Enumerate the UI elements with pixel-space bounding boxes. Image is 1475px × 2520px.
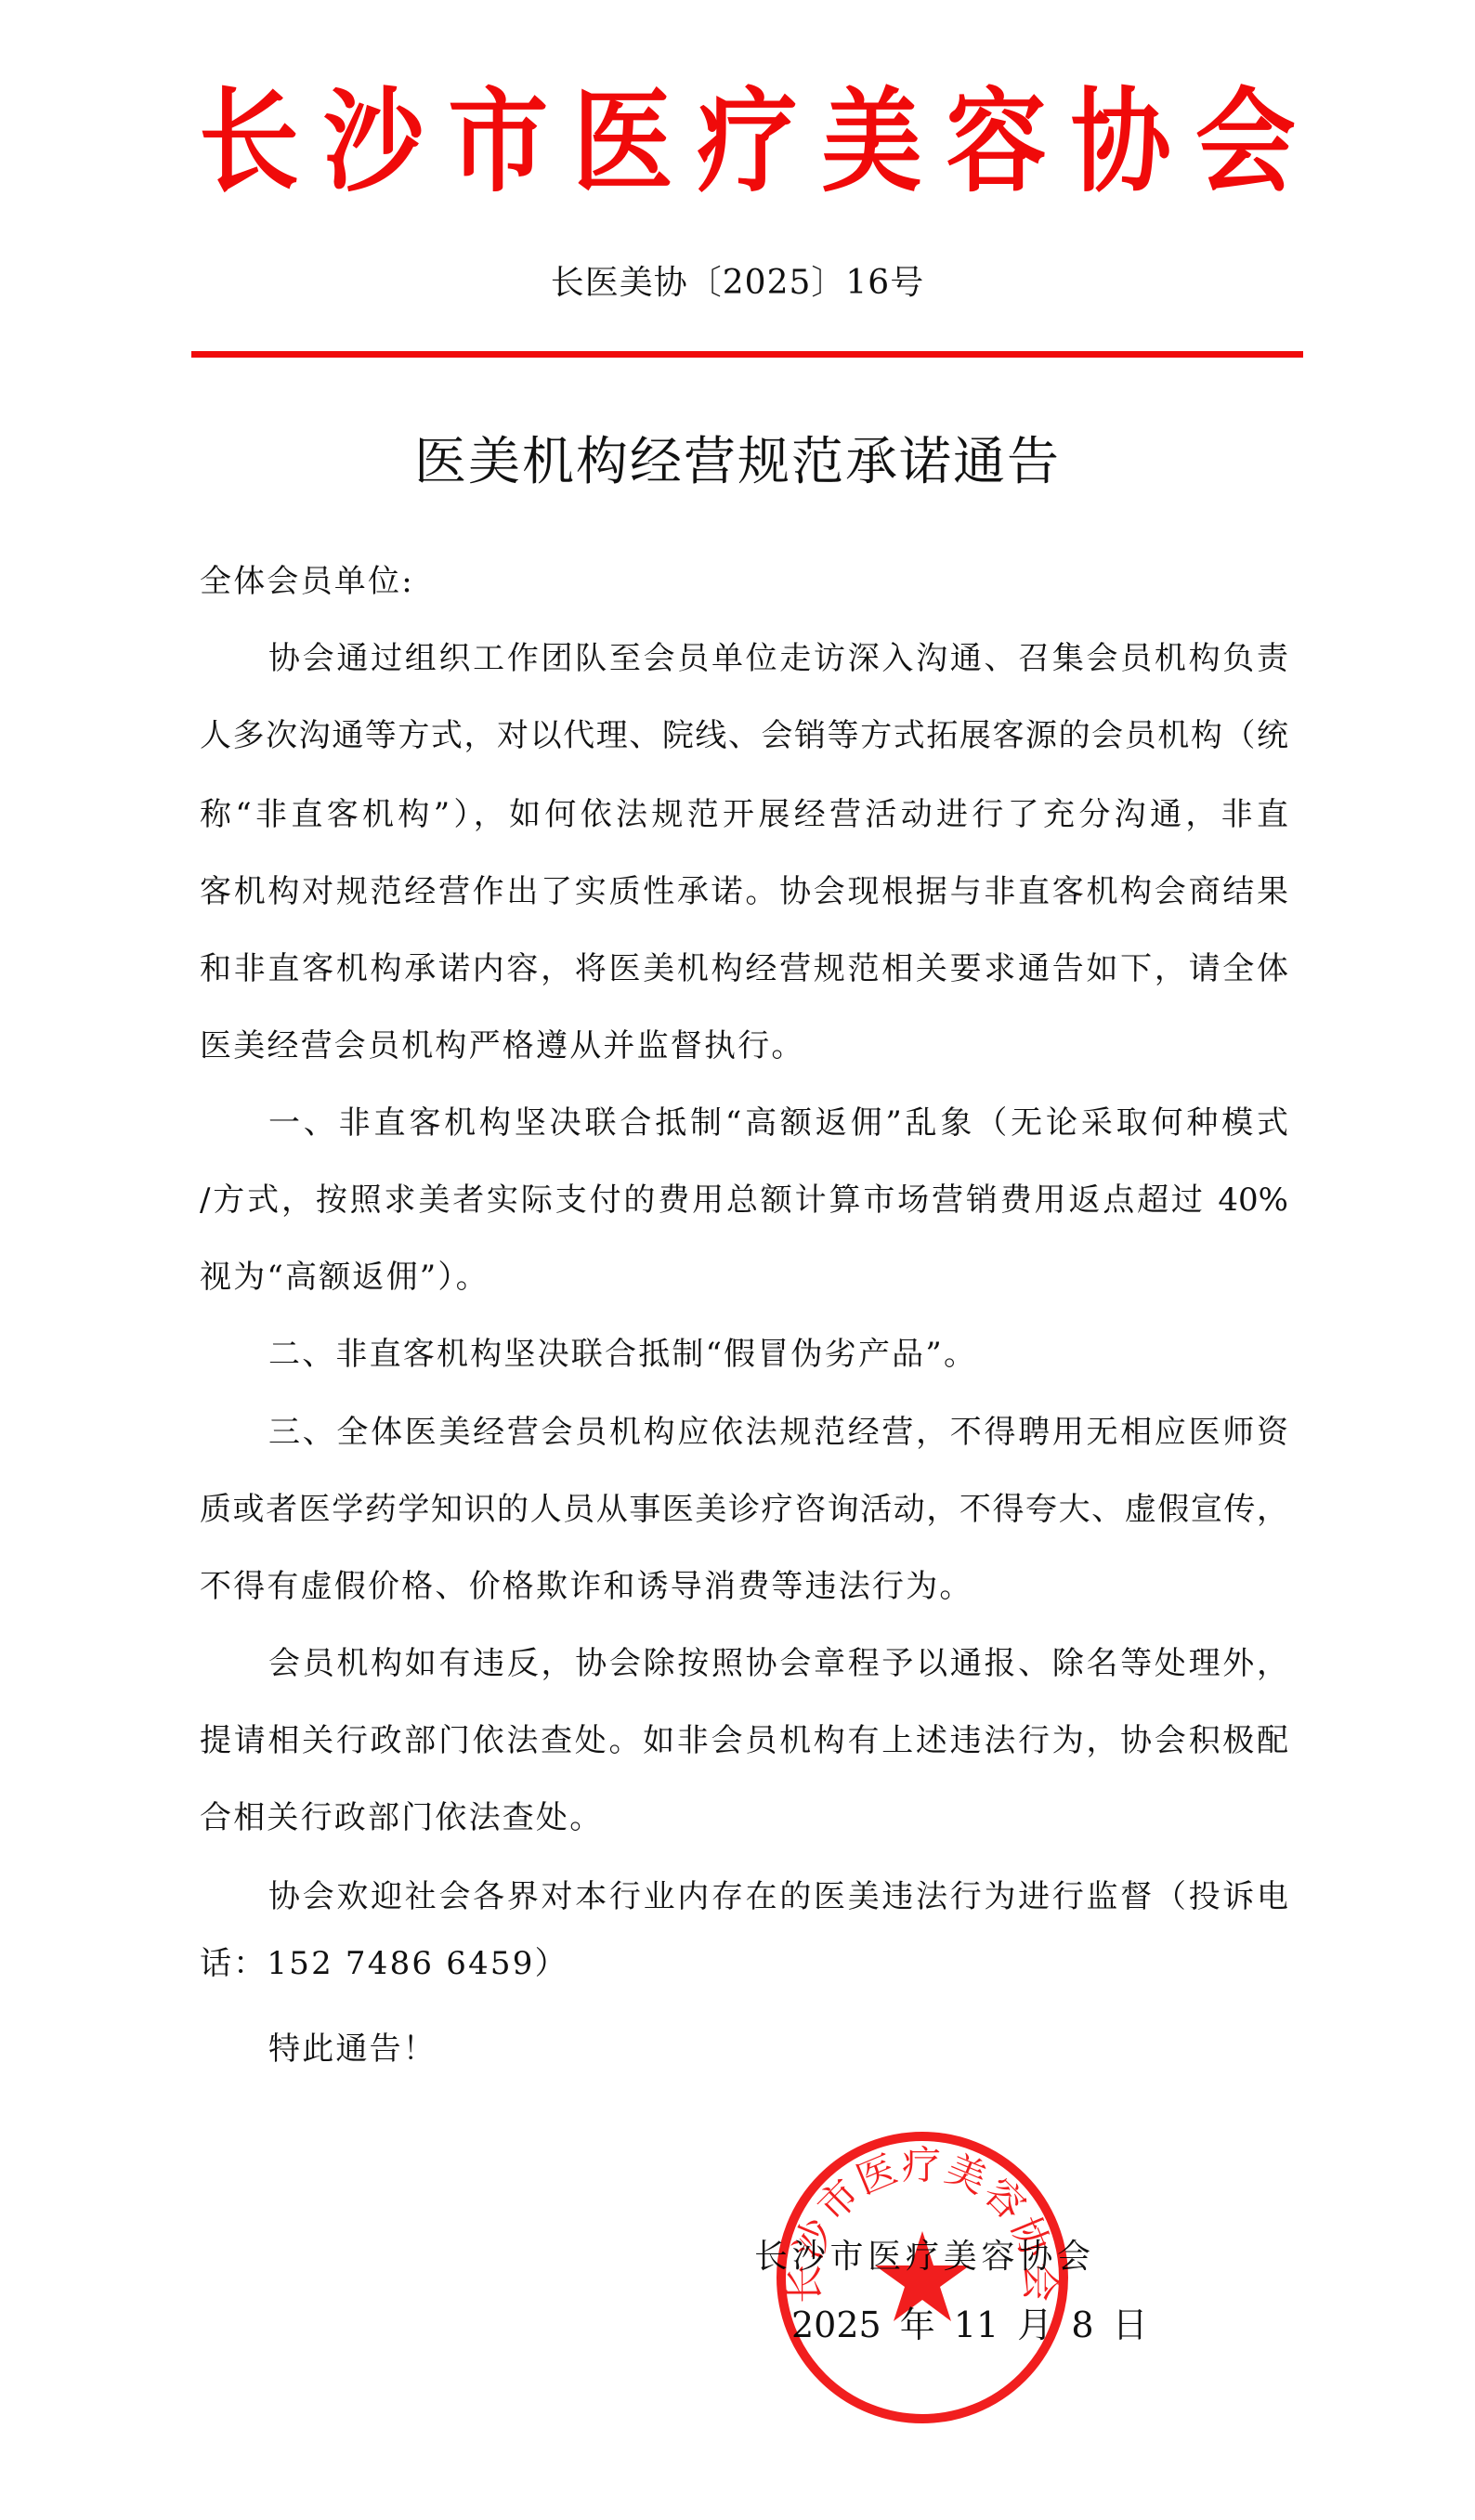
body-line: 特此通告！ [200, 2021, 1288, 2077]
body-line: 视为“高额返佣”）。 [200, 1249, 1288, 1305]
official-seal: 长沙市医疗美容协会 [776, 2131, 1069, 2424]
body-line: 不得有虚假价格、价格欺诈和诱导消费等违法行为。 [200, 1559, 1288, 1614]
body-line: 协会欢迎社会各界对本行业内存在的医美违法行为进行监督（投诉电 [200, 1869, 1288, 1925]
body-line: 一、非直客机构坚决联合抵制“高额返佣”乱象（无论采取何种模式 [200, 1095, 1288, 1151]
body-line: 和非直客机构承诺内容，将医美机构经营规范相关要求通告如下，请全体 [200, 941, 1288, 997]
body-line: 医美经营会员机构严格遵从并监督执行。 [200, 1018, 1288, 1074]
body-line: 会员机构如有违反，协会除按照协会章程予以通报、除名等处理外， [200, 1636, 1288, 1691]
body-line: 三、全体医美经营会员机构应依法规范经营，不得聘用无相应医师资 [200, 1404, 1288, 1460]
body-line: 话：152 7486 6459） [200, 1936, 1288, 1991]
masthead-char: 协 [1071, 74, 1171, 210]
body-line: 客机构对规范经营作出了实质性承诺。协会现根据与非直客机构会商结果 [200, 864, 1288, 920]
document-number: 长医美协〔2025〕16号 [0, 260, 1475, 307]
masthead-organization-name: 长 沙 市 医 疗 美 容 协 会 [191, 82, 1303, 202]
masthead-char: 沙 [323, 74, 424, 210]
star-icon [875, 2231, 970, 2321]
body-line: 全体会员单位: [200, 554, 1288, 609]
body-line: 提请相关行政部门依法查处。如非会员机构有上述违法行为，协会积极配 [200, 1713, 1288, 1769]
red-divider-rule [191, 351, 1303, 358]
masthead-char: 美 [822, 74, 922, 210]
body-line: 质或者医学药学知识的人员从事医美诊疗咨询活动，不得夸大、虚假宣传， [200, 1482, 1288, 1537]
masthead-char: 疗 [697, 74, 797, 210]
notice-title: 医美机构经营规范承诺通告 [0, 429, 1475, 496]
masthead-char: 医 [572, 74, 672, 210]
body-line: 人多次沟通等方式，对以代理、院线、会销等方式拓展客源的会员机构（统 [200, 708, 1288, 764]
masthead-char: 会 [1195, 74, 1296, 210]
document-page: 长 沙 市 医 疗 美 容 协 会 长医美协〔2025〕16号 医美机构经营规范… [0, 0, 1475, 2520]
masthead-char: 市 [448, 74, 548, 210]
body-line: 协会通过组织工作团队至会员单位走访深入沟通、召集会员机构负责 [200, 631, 1288, 686]
body-line: 合相关行政部门依法查处。 [200, 1790, 1288, 1846]
body-line: /方式，按照求美者实际支付的费用总额计算市场营销费用返点超过 40% [200, 1172, 1288, 1228]
body-line: 二、非直客机构坚决联合抵制“假冒伪劣产品”。 [200, 1326, 1288, 1382]
body-line: 称“非直客机构”），如何依法规范开展经营活动进行了充分沟通，非直 [200, 787, 1288, 842]
masthead-char: 长 [199, 74, 299, 210]
masthead-char: 容 [946, 74, 1047, 210]
